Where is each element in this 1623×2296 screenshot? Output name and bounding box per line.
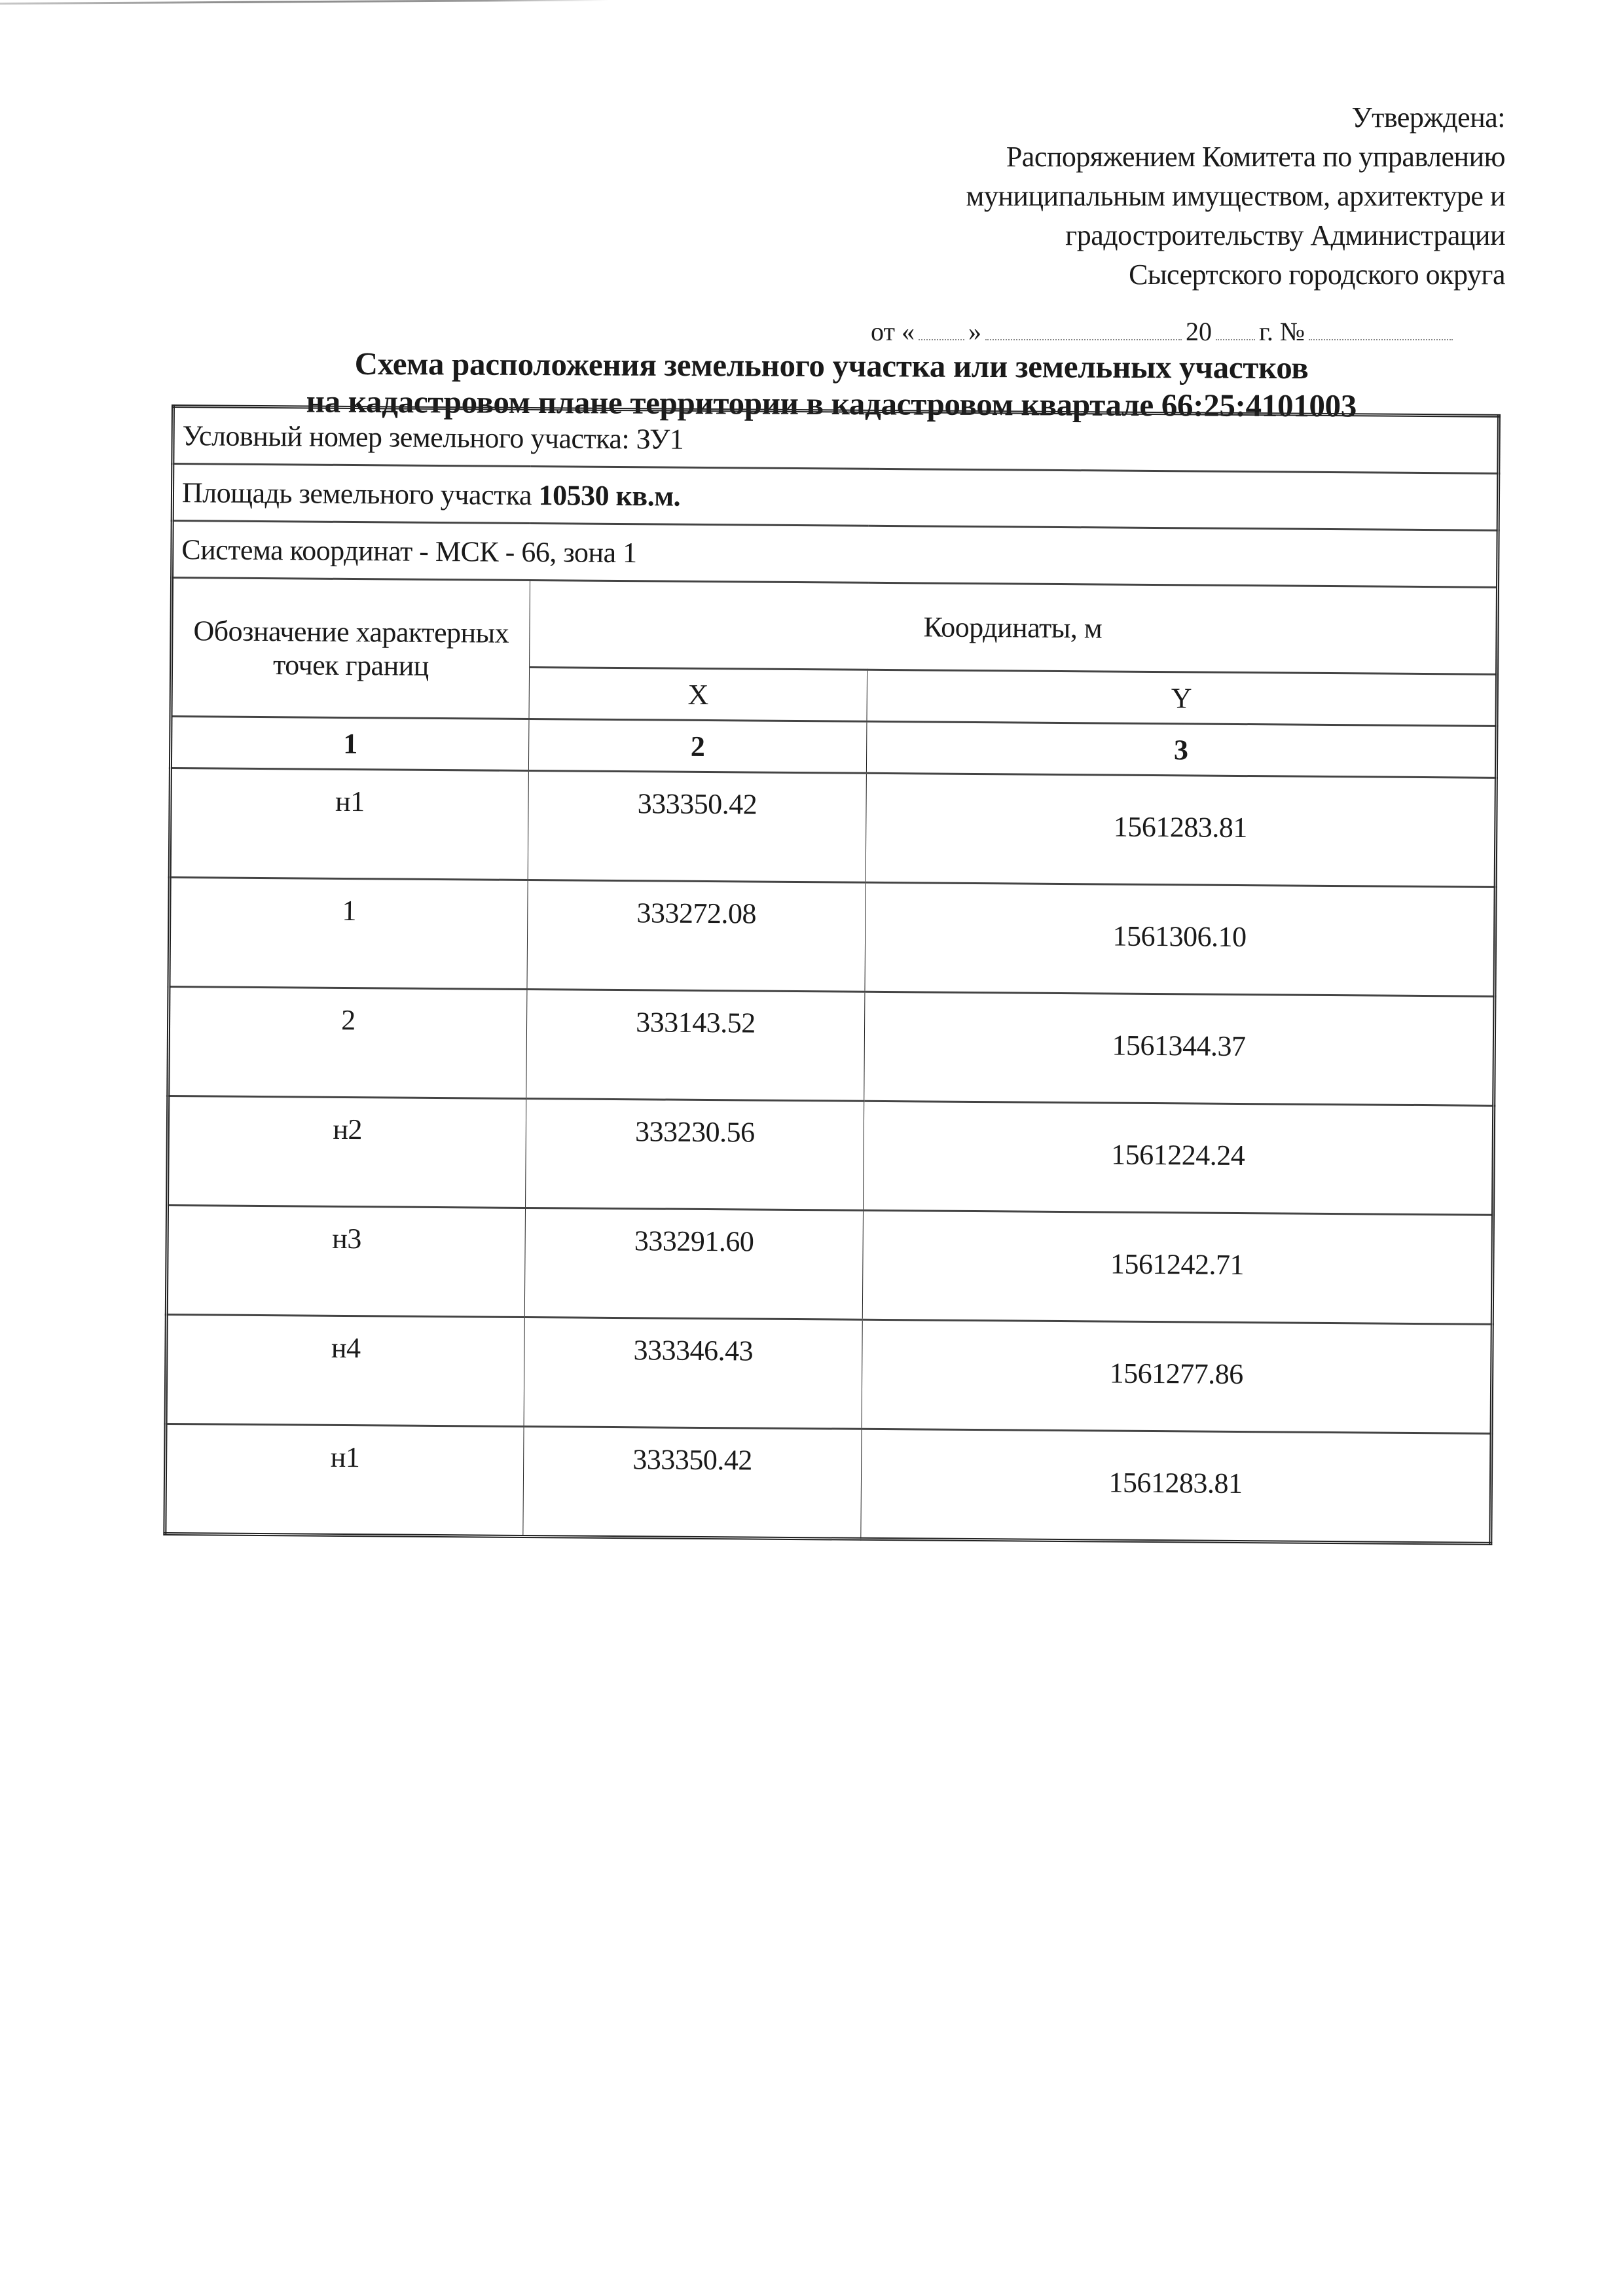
title-line-1: Схема расположения земельного участка ил… <box>216 344 1447 387</box>
coordinate-system: Система координат - МСК - 66, зона 1 <box>172 521 1499 588</box>
point-name: н1 <box>170 768 528 880</box>
approval-line: Утверждена: <box>785 98 1505 137</box>
coord-x: 333230.56 <box>525 1098 864 1210</box>
approval-line: Распоряжением Комитета по управлению <box>785 137 1505 177</box>
table-row: н2 333230.56 1561224.24 <box>168 1096 1494 1215</box>
column-number: 2 <box>528 719 867 774</box>
point-name: 2 <box>168 986 527 1098</box>
approval-date-line: от « » 20 г. № <box>871 308 1499 347</box>
table-row: 1 333272.08 1561306.10 <box>169 877 1495 996</box>
point-name: 1 <box>169 877 528 989</box>
header-point: Обозначение характерных точек границ <box>171 578 530 719</box>
coord-y: 1561277.86 <box>862 1319 1492 1433</box>
date-quote-close: » <box>968 316 981 347</box>
approval-line: муниципальным имуществом, архитектуре и <box>785 177 1505 216</box>
table-row: н3 333291.60 1561242.71 <box>166 1205 1493 1324</box>
coord-y: 1561283.81 <box>866 773 1496 887</box>
scan-edge-artifact <box>0 0 609 5</box>
coord-y: 1561242.71 <box>862 1210 1493 1324</box>
year-blank <box>1216 338 1255 340</box>
coord-y: 1561224.24 <box>864 1101 1494 1215</box>
coord-y: 1561306.10 <box>865 882 1495 996</box>
point-name: н3 <box>166 1205 525 1317</box>
approval-line: Сысертского городского округа <box>785 255 1505 295</box>
parcel-area: Площадь земельного участка 10530 кв.м. <box>172 464 1499 531</box>
year-prefix: 20 <box>1186 316 1212 347</box>
area-label: Площадь земельного участка <box>182 476 532 511</box>
date-prefix: от « <box>871 316 915 347</box>
header-x: X <box>529 668 867 722</box>
coord-x: 333346.43 <box>524 1317 863 1429</box>
number-blank <box>1309 338 1453 340</box>
area-value: 10530 кв.м. <box>538 479 680 512</box>
header-coordinates: Координаты, м <box>529 581 1497 675</box>
table-row: 2 333143.52 1561344.37 <box>168 986 1495 1105</box>
coord-x: 333350.42 <box>528 771 867 883</box>
coord-x: 333350.42 <box>523 1426 862 1539</box>
coord-y: 1561283.81 <box>861 1429 1491 1543</box>
approval-block: Утверждена: Распоряжением Комитета по уп… <box>785 98 1505 295</box>
coord-x: 333143.52 <box>526 990 865 1102</box>
coord-y: 1561344.37 <box>864 992 1495 1105</box>
parcel-sheet: Условный номер земельного участка: ЗУ1 П… <box>165 404 1500 1265</box>
header-y: Y <box>867 670 1497 726</box>
point-name: н4 <box>166 1314 524 1426</box>
point-name: н1 <box>165 1424 524 1536</box>
month-blank <box>985 338 1182 340</box>
point-name: н2 <box>168 1096 526 1208</box>
coord-x: 333291.60 <box>524 1208 864 1319</box>
coord-x: 333272.08 <box>527 880 866 992</box>
column-number: 3 <box>867 721 1497 778</box>
table-row: н1 333350.42 1561283.81 <box>170 768 1496 888</box>
day-blank <box>919 338 964 340</box>
table-row: н1 333350.42 1561283.81 <box>165 1424 1491 1543</box>
number-label: г. № <box>1259 316 1305 347</box>
column-number: 1 <box>170 717 528 771</box>
coordinates-table: Условный номер земельного участка: ЗУ1 П… <box>163 404 1501 1545</box>
approval-line: градостроительству Администрации <box>785 216 1505 255</box>
parcel-number: Условный номер земельного участка: ЗУ1 <box>173 406 1499 474</box>
table-row: н4 333346.43 1561277.86 <box>166 1314 1492 1433</box>
